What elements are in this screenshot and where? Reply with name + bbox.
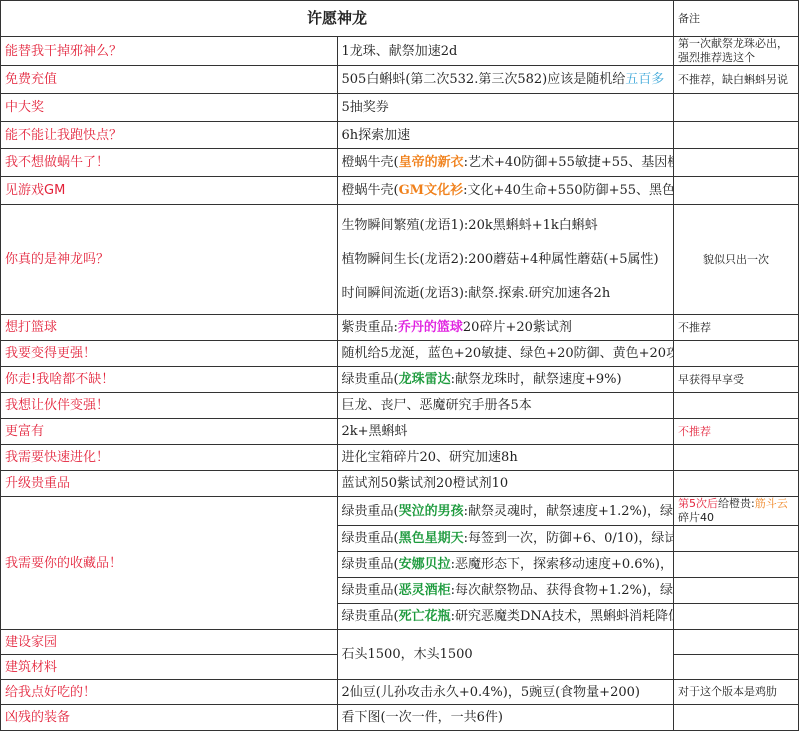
table-row: 能不能让我跑快点？ 6h探索加速 [1,122,799,149]
wish-question: 凶残的装备 [1,705,338,731]
table-row: 凶残的装备 看下图(一次一件，一共6件) [1,705,799,731]
wish-question: 我需要快速进化！ [1,445,338,471]
wish-question: 你真的是神龙吗？ [1,205,338,315]
wish-reward: 橙蜗牛壳(GM文化衫:文化+40生命+550防御+55、黑色终结令活动中，对院士… [337,177,674,205]
reward-text: :恶魔形态下，探索移动速度+0.6%)，绿试剂50、蓝试剂30 [451,557,674,572]
reward-text: 绿贵重品( [342,504,399,519]
wish-note: 不推荐，缺白蝌蚪另说 [674,66,799,94]
wish-question: 见游戏GM [1,177,338,205]
wish-question: 我需要你的收藏品！ [1,497,338,630]
reward-text: :每签到一次，防御+6、0/10)，绿试剂50、蓝试剂30 [464,531,674,546]
reward-highlight: 五百多 [625,72,664,87]
reward-text: 紫贵重品: [342,320,398,335]
table-row: 你走!我啥都不缺！ 绿贵重品(龙珠雷达:献祭龙珠时，献祭速度+9%) 早获得早享… [1,367,799,393]
table-row: 给我点好吃的！ 2仙豆(儿孙攻击永久+0.4%)，5豌豆(食物量+200) 对于… [1,680,799,705]
table-row: 更富有 2k+黑蝌蚪 不推荐 [1,419,799,445]
wish-note: 不推荐 [674,419,799,445]
reward-highlight: 龙珠雷达 [399,372,451,387]
reward-text: 绿贵重品( [342,372,399,387]
wish-reward: 紫贵重品:乔丹的篮球20碎片+20紫试剂 [337,315,674,341]
note-text: 碎片40 [678,511,714,524]
reward-highlight: 安娜贝拉 [399,557,451,572]
table-row: 我需要快速进化！ 进化宝箱碎片20、研究加速8h [1,445,799,471]
wish-note: 早获得早享受 [674,367,799,393]
wish-reward: 橙蜗牛壳(皇帝的新衣:艺术+40防御+55敏捷+55、基因模拟训练中、对GVB伤… [337,149,674,177]
reward-text: 橙蜗牛壳( [342,183,399,198]
wish-question: 我要变得更强！ [1,341,338,367]
wish-question: 给我点好吃的！ [1,680,338,705]
wish-question: 能不能让我跑快点？ [1,122,338,149]
wish-reward: 2仙豆(儿孙攻击永久+0.4%)，5豌豆(食物量+200) [337,680,674,705]
header-row: 许愿神龙 备注 [1,1,799,37]
wish-reward: 绿贵重品(安娜贝拉:恶魔形态下，探索移动速度+0.6%)，绿试剂50、蓝试剂30 [337,552,674,578]
table-row: 想打篮球 紫贵重品:乔丹的篮球20碎片+20紫试剂 不推荐 [1,315,799,341]
wish-question: 能替我干掉邪神么？ [1,37,338,66]
wish-note [674,526,799,552]
reward-text: 20碎片+20紫试剂 [463,320,572,335]
wish-note [674,604,799,630]
reward-highlight: 皇帝的新衣 [399,155,464,170]
reward-text: :艺术+40防御+55敏捷+55、基因模拟训练中、对GVB伤害+4%) [464,155,674,170]
reward-text: 绿贵重品( [342,531,399,546]
table-row: 能替我干掉邪神么？ 1龙珠、献祭加速2d 第一次献祭龙珠必出，强烈推荐选这个 [1,37,799,66]
reward-line: 植物瞬间生长(龙语2):200蘑菇+4种属性蘑菇(+5属性) [342,243,670,277]
wish-question: 我不想做蜗牛了！ [1,149,338,177]
reward-highlight: 黑色星期天 [399,531,464,546]
reward-line: 生物瞬间繁殖(龙语1):20k黑蝌蚪+1k白蝌蚪 [342,209,670,243]
reward-line: 时间瞬间流逝(龙语3):献祭.探索.研究加速各2h [342,277,670,311]
wish-note [674,655,799,680]
wish-question: 你走!我啥都不缺！ [1,367,338,393]
wish-note [674,177,799,205]
wish-note [674,341,799,367]
reward-text: :文化+40生命+550防御+55、黑色终结令活动中，对院士伤害+4%) [463,183,673,198]
wish-reward: 巨龙、丧尸、恶魔研究手册各5本 [337,393,674,419]
reward-highlight: 乔丹的篮球 [398,320,463,335]
wish-reward: 绿贵重品(龙珠雷达:献祭龙珠时，献祭速度+9%) [337,367,674,393]
table-row: 建设家园 石头1500，木头1500 [1,630,799,655]
wish-reward: 6h探索加速 [337,122,674,149]
wish-reward: 5抽奖券 [337,94,674,122]
wish-question: 免费充值 [1,66,338,94]
wish-question: 建设家园 [1,630,338,655]
wish-reward: 2k+黑蝌蚪 [337,419,674,445]
wish-note [674,94,799,122]
reward-highlight: 恶灵酒柜 [399,583,451,598]
wish-reward: 505白蝌蚪(第二次532.第三次582)应该是随机给五百多 [337,66,674,94]
reward-highlight: 死亡花瓶 [399,609,451,624]
wish-question: 想打篮球 [1,315,338,341]
reward-text: :献祭龙珠时，献祭速度+9%) [451,372,622,387]
wish-question: 升级贵重品 [1,471,338,497]
reward-text: 橙蜗牛壳( [342,155,399,170]
reward-text: :每次献祭物品、获得食物+1.2%)，绿试剂50、蓝试剂30 [451,583,674,598]
wish-reward: 生物瞬间繁殖(龙语1):20k黑蝌蚪+1k白蝌蚪 植物瞬间生长(龙语2):200… [337,205,674,315]
wish-question: 更富有 [1,419,338,445]
reward-text: 绿贵重品( [342,609,399,624]
wish-note [674,552,799,578]
wish-question: 我想让伙伴变强！ [1,393,338,419]
table-row: 见游戏GM 橙蜗牛壳(GM文化衫:文化+40生命+550防御+55、黑色终结令活… [1,177,799,205]
wish-reward: 绿贵重品(哭泣的男孩:献祭灵魂时，献祭速度+1.2%)，绿试剂50、蓝试剂30 [337,497,674,526]
wish-reward: 绿贵重品(死亡花瓶:研究恶魔类DNA技术，黑蝌蚪消耗降低1.8%)，绿试剂50、… [337,604,674,630]
reward-text: :研究恶魔类DNA技术，黑蝌蚪消耗降低1.8%)，绿试剂50、蓝试剂30 [451,609,674,624]
wish-note: 第5次后给橙贵:筋斗云碎片40 [674,497,799,526]
wish-reward: 绿贵重品(恶灵酒柜:每次献祭物品、获得食物+1.2%)，绿试剂50、蓝试剂30 [337,578,674,604]
table-row: 你真的是神龙吗？ 生物瞬间繁殖(龙语1):20k黑蝌蚪+1k白蝌蚪 植物瞬间生长… [1,205,799,315]
wish-reward: 看下图(一次一件，一共6件) [337,705,674,731]
wish-note [674,578,799,604]
note-text: 给橙贵: [718,497,755,510]
table-title: 许愿神龙 [1,1,674,37]
wish-reward: 随机给5龙涎，蓝色+20敏捷、绿色+20防御、黄色+20攻击、粉色+200生命 [337,341,674,367]
table-row: 中大奖 5抽奖券 [1,94,799,122]
wish-dragon-table: 许愿神龙 备注 能替我干掉邪神么？ 1龙珠、献祭加速2d 第一次献祭龙珠必出，强… [0,0,799,731]
wish-question: 建筑材料 [1,655,338,680]
table-row: 免费充值 505白蝌蚪(第二次532.第三次582)应该是随机给五百多 不推荐，… [1,66,799,94]
wish-note [674,705,799,731]
reward-highlight: GM文化衫 [399,183,464,198]
wish-reward: 石头1500，木头1500 [337,630,674,680]
wish-note [674,149,799,177]
reward-text: 505白蝌蚪(第二次532.第三次582)应该是随机给 [342,72,626,87]
reward-text: 绿贵重品( [342,557,399,572]
table-row: 我不想做蜗牛了！ 橙蜗牛壳(皇帝的新衣:艺术+40防御+55敏捷+55、基因模拟… [1,149,799,177]
wish-note: 第一次献祭龙珠必出，强烈推荐选这个 [674,37,799,66]
table-row: 我想让伙伴变强！ 巨龙、丧尸、恶魔研究手册各5本 [1,393,799,419]
wish-reward: 1龙珠、献祭加速2d [337,37,674,66]
wish-reward: 进化宝箱碎片20、研究加速8h [337,445,674,471]
wish-reward: 蓝试剂50紫试剂20橙试剂10 [337,471,674,497]
table-row: 升级贵重品 蓝试剂50紫试剂20橙试剂10 [1,471,799,497]
note-highlight: 第5次后 [678,497,718,510]
note-header: 备注 [674,1,799,37]
wish-note [674,393,799,419]
wish-note [674,445,799,471]
note-highlight: 筋斗云 [755,497,788,510]
wish-note [674,122,799,149]
table-row: 我需要你的收藏品！ 绿贵重品(哭泣的男孩:献祭灵魂时，献祭速度+1.2%)，绿试… [1,497,799,526]
wish-note [674,630,799,655]
wish-question: 中大奖 [1,94,338,122]
table-row: 我要变得更强！ 随机给5龙涎，蓝色+20敏捷、绿色+20防御、黄色+20攻击、粉… [1,341,799,367]
reward-text: :献祭灵魂时，献祭速度+1.2%)，绿试剂50、蓝试剂30 [464,504,674,519]
wish-note [674,471,799,497]
wish-note: 貌似只出一次 [674,205,799,315]
wish-reward: 绿贵重品(黑色星期天:每签到一次，防御+6、0/10)，绿试剂50、蓝试剂30 [337,526,674,552]
reward-text: 绿贵重品( [342,583,399,598]
reward-highlight: 哭泣的男孩 [399,504,464,519]
wish-note: 不推荐 [674,315,799,341]
wish-note: 对于这个版本是鸡肋 [674,680,799,705]
